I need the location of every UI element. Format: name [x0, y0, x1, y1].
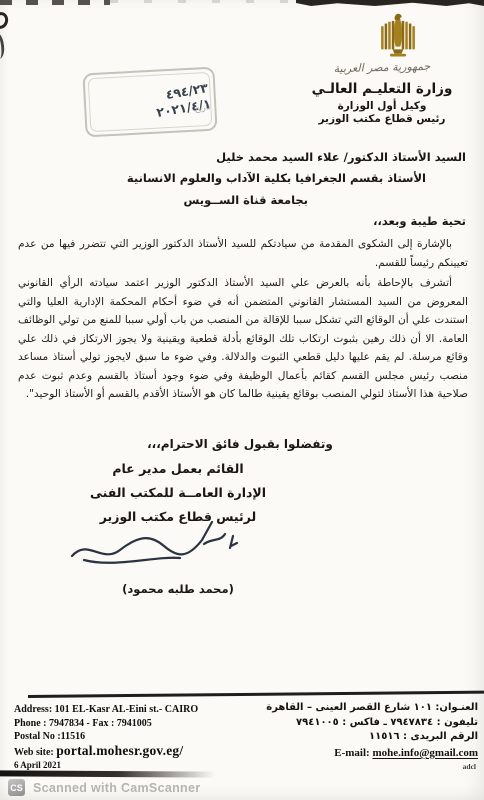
- footer-contact-en: Address: 101 EL-Kasr AL-Eini st.- CAIRO …: [14, 703, 246, 773]
- signer-name: (محمد طلبه محمود): [48, 582, 308, 596]
- footer-website-url: portal.mohesr.gov.eg/: [56, 743, 183, 758]
- camscanner-text: Scanned with CamScanner: [33, 781, 200, 795]
- closing-salutation: وتفضلوا بقبول فائق الاحترام،،،: [40, 437, 440, 451]
- egypt-eagle-emblem-icon: [368, 12, 428, 60]
- recipient-block: السيد الأستاذ الدكتور/ علاء السيد محمد خ…: [20, 148, 466, 210]
- footer-website-line: Web site: portal.mohesr.gov.eg/: [14, 744, 246, 760]
- footer-phone-fax-en: Phone : 7947834 - Fax : 7941005: [14, 717, 246, 731]
- scan-artifact-edge-mark: [0, 10, 10, 31]
- republic-name-script: جمهورية مصر العربية: [288, 59, 476, 77]
- camscanner-watermark: CS Scanned with CamScanner: [8, 779, 200, 796]
- footer-postal-en: Postal No :11516: [14, 730, 246, 744]
- footer-email-label: E-mail:: [334, 747, 369, 759]
- office-head-title: رئيس قطاع مكتب الوزير: [288, 113, 476, 125]
- footer-postal-ar: الرقم البريدى : ١١٥١٦: [246, 730, 478, 745]
- scan-artifact-top-right: [296, 0, 484, 6]
- scan-artifact-top-middle: [110, 0, 300, 3]
- footer-email-line: E-mail: mohe.info@gmail.com: [246, 746, 478, 761]
- recipient-university-line: بجامعة قناة الســويس: [20, 191, 466, 210]
- footer-address-ar: العنـوان: ١٠١ شارع القصر العينى – القاهر…: [246, 701, 478, 716]
- footer-small-note: adcl: [246, 760, 478, 775]
- footer-divider: [28, 691, 484, 698]
- signature-scribble: [62, 514, 252, 576]
- body-paragraph: أتشرف بالإحاطة بأنه بالعرض علي السيد الأ…: [18, 274, 468, 404]
- recipient-title-line: الأستاذ بقسم الجغرافيا بكلية الآداب والع…: [20, 169, 466, 188]
- ministry-name: وزارة التعليـم العالـي: [288, 81, 476, 97]
- signer-title-line: القائم بعمل مدير عام: [48, 461, 308, 476]
- scan-artifact-edge-mark: [0, 31, 6, 60]
- footer-phone-fax-ar: تليفون : ٧٩٤٧٨٣٤ ـ فاكس : ٧٩٤١٠٠٥: [246, 716, 478, 731]
- scanned-letter-page: جمهورية مصر العربية وزارة التعليـم العال…: [0, 0, 484, 800]
- signer-title-line: الإدارة العامــة للمكتب الفنى: [48, 485, 308, 500]
- undersecretary-title: وكيل أول الوزارة: [288, 100, 476, 112]
- scan-artifact-bottom-wedge: [0, 770, 215, 777]
- footer-email-address: mohe.info@gmail.com: [372, 747, 478, 759]
- camscanner-logo-icon: CS: [8, 779, 25, 796]
- footer-contact-ar: العنـوان: ١٠١ شارع القصر العينى – القاهر…: [246, 701, 478, 775]
- scan-artifact-top-left: [0, 0, 110, 5]
- recipient-name-line: السيد الأستاذ الدكتور/ علاء السيد محمد خ…: [20, 148, 466, 167]
- greeting-line: تحية طيبة وبعد،،: [20, 214, 466, 228]
- body-paragraph: بالإشارة إلى الشكوى المقدمة من سيادتكم ل…: [18, 235, 468, 272]
- receipt-stamp: ٤٩٤/٢٣ ٢٠٢١/٤/١ تاريخ: [82, 67, 217, 138]
- footer-address-en: Address: 101 EL-Kasr AL-Eini st.- CAIRO: [14, 703, 246, 717]
- footer-website-label: Web site:: [14, 747, 54, 758]
